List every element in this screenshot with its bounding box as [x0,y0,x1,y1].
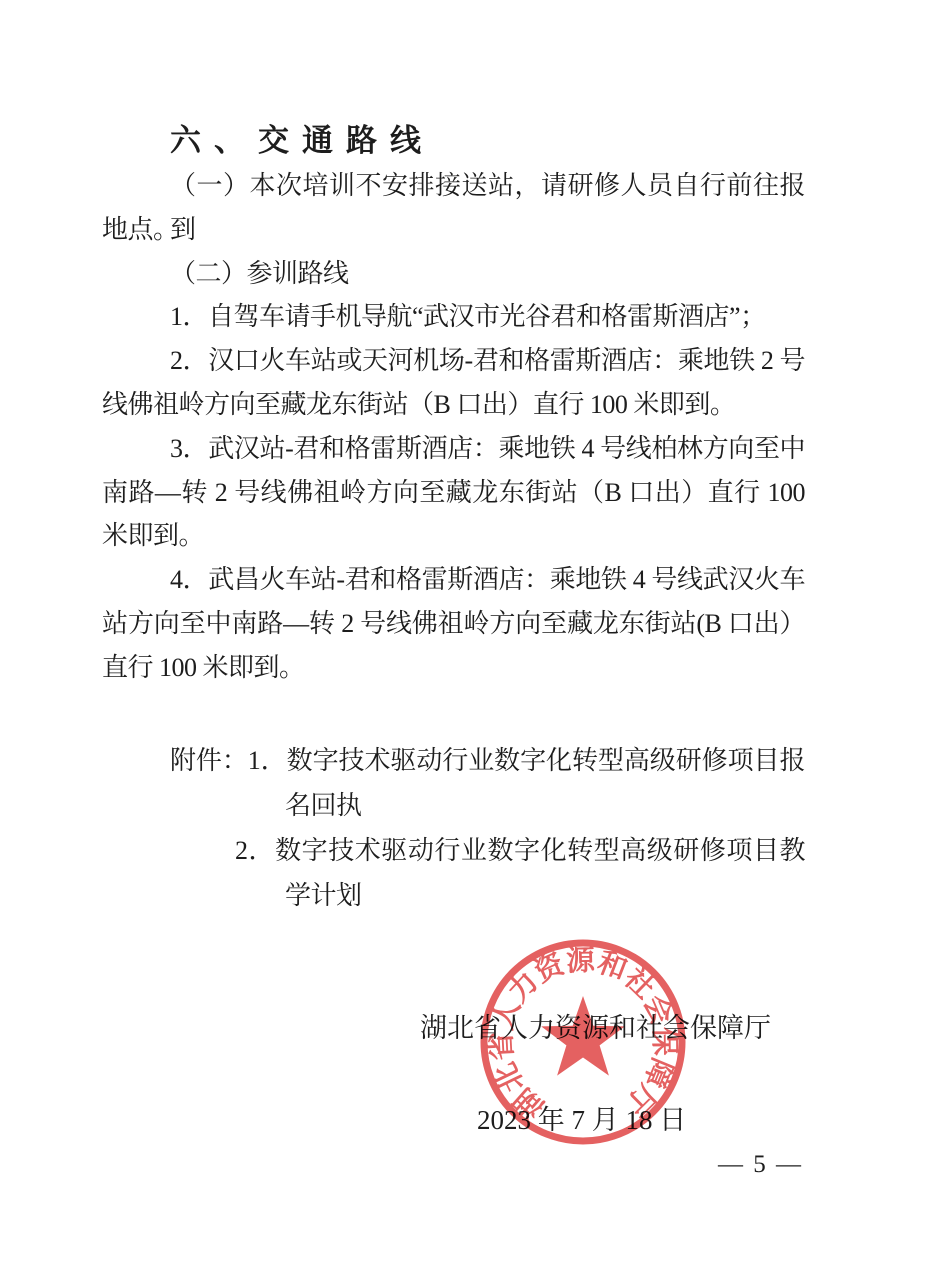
issuer-signature: 湖北省人力资源和社会保障厅 [420,1008,771,1048]
attachment-line: 2．数字技术驱动行业数字化转型高级研修项目教 [102,828,805,873]
body-line: 线佛祖岭方向至藏龙东街站（B 口出）直行 100 米即到。 [102,383,805,427]
body-line: 地点。 [102,208,805,252]
body-line: 南路—转 2 号线佛祖岭方向至藏龙东街站（B 口出）直行 100 [102,471,805,515]
body-line: （二）参训路线 [102,252,805,296]
body-line: 米即到。 [102,514,805,558]
attachments-block: 附件：1．数字技术驱动行业数字化转型高级研修项目报 名回执 2．数字技术驱动行业… [102,738,805,918]
attachment-line: 附件：1．数字技术驱动行业数字化转型高级研修项目报 [102,738,805,783]
body-line: 4．武昌火车站-君和格雷斯酒店：乘地铁 4 号线武汉火车 [102,558,805,602]
page-number: — 5 — [718,1148,803,1182]
section-heading: 六、交通路线 [102,118,805,164]
document-page: 六、交通路线 （一）本次培训不安排接送站，请研修人员自行前往报到 地点。 （二）… [0,0,929,1273]
document-body: 六、交通路线 （一）本次培训不安排接送站，请研修人员自行前往报到 地点。 （二）… [102,118,805,690]
body-line: 站方向至中南路—转 2 号线佛祖岭方向至藏龙东街站(B 口出） [102,602,805,646]
body-line: 1．自驾车请手机导航“武汉市光谷君和格雷斯酒店”； [102,295,805,339]
document-date: 2023 年 7 月 18 日 [477,1100,686,1140]
attachment-line: 名回执 [102,783,805,828]
attachment-line: 学计划 [102,873,805,918]
body-line: 2．汉口火车站或天河机场-君和格雷斯酒店：乘地铁 2 号 [102,339,805,383]
body-line: 直行 100 米即到。 [102,646,805,690]
body-line: 3．武汉站-君和格雷斯酒店：乘地铁 4 号线柏林方向至中 [102,427,805,471]
body-line: （一）本次培训不安排接送站，请研修人员自行前往报到 [102,164,805,208]
